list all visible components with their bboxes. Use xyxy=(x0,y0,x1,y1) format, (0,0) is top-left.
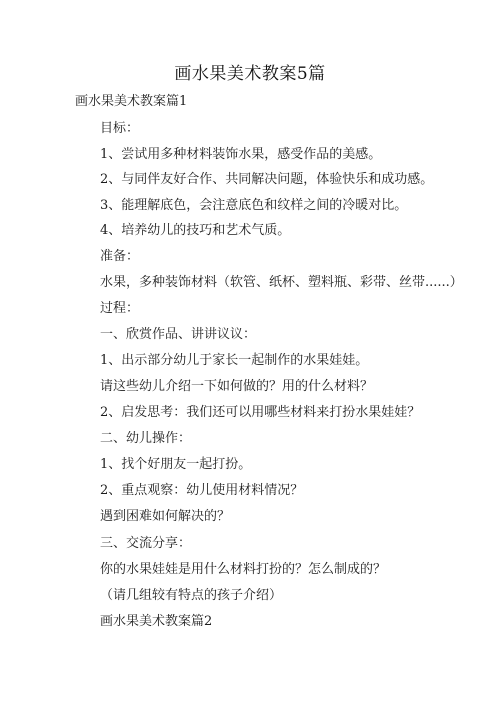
step2-item-1: 1、找个好朋友一起打扮。 xyxy=(100,456,251,474)
goal-item-1: 1、尝试用多种材料装饰水果，感受作品的美感。 xyxy=(100,146,381,164)
goals-label: 目标： xyxy=(100,120,139,138)
section-heading-1: 画水果美术教案篇1 xyxy=(75,93,187,111)
goal-item-4: 4、培养幼儿的技巧和艺术气质。 xyxy=(100,222,290,240)
step2-item-3: 遇到困难如何解决的？ xyxy=(100,508,230,526)
prep-text: 水果，多种装饰材料（软管、纸杯、塑料瓶、彩带、丝带......） xyxy=(100,274,463,292)
step3-item-1: 你的水果娃娃是用什么材料打扮的？怎么制成的？ xyxy=(100,561,386,579)
document-title: 画水果美术教案5篇 xyxy=(0,62,500,86)
step3-heading: 三、交流分享： xyxy=(100,535,191,553)
goal-item-3: 3、能理解底色，会注意底色和纹样之间的冷暖对比。 xyxy=(100,197,407,215)
step2-heading: 二、幼儿操作： xyxy=(100,430,191,448)
process-label: 过程： xyxy=(100,300,139,318)
step1-item-2: 请这些幼儿介绍一下如何做的？用的什么材料？ xyxy=(100,378,373,396)
step1-item-1: 1、出示部分幼儿于家长一起制作的水果娃娃。 xyxy=(100,352,368,370)
step1-heading: 一、欣赏作品、讲讲议议： xyxy=(100,326,256,344)
section-heading-2: 画水果美术教案篇2 xyxy=(100,613,212,631)
step1-item-3: 2、启发思考：我们还可以用哪些材料来打扮水果娃娃？ xyxy=(100,404,420,422)
goal-item-2: 2、与同伴友好合作、共同解决问题，体验快乐和成功感。 xyxy=(100,171,433,189)
prep-label: 准备： xyxy=(100,248,139,266)
step3-item-2: （请几组较有特点的孩子介绍） xyxy=(100,587,282,605)
document-page: 画水果美术教案5篇 画水果美术教案篇1 目标： 1、尝试用多种材料装饰水果，感受… xyxy=(0,0,500,707)
step2-item-2: 2、重点观察：幼儿使用材料情况？ xyxy=(100,482,303,500)
